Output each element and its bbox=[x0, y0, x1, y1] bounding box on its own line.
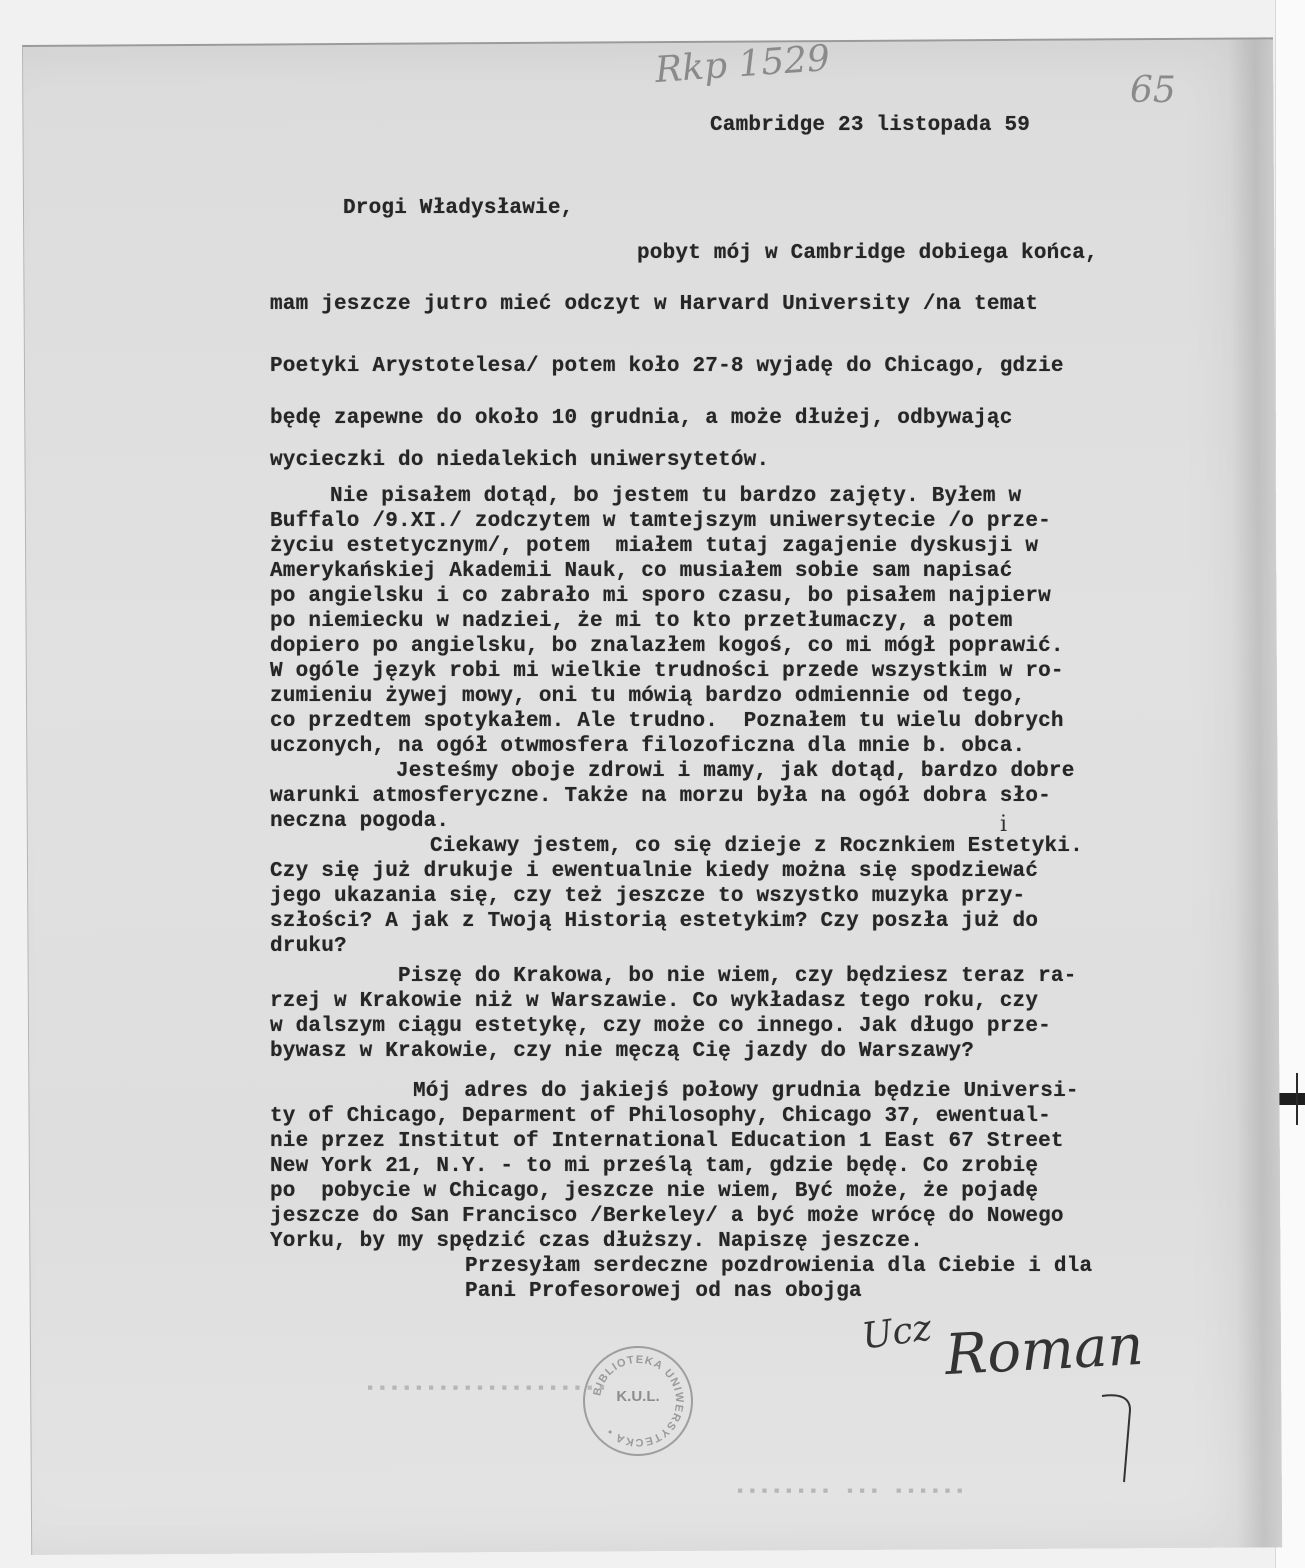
letter-line: jeszcze do San Francisco /Berkeley/ a by… bbox=[270, 1205, 1064, 1228]
handwritten-insert: i bbox=[1000, 812, 1007, 837]
letter-line: Poetyki Arystotelesa/ potem koło 27-8 wy… bbox=[270, 355, 1064, 378]
letter-line: w dalszym ciągu estetykę, czy może co in… bbox=[270, 1015, 1051, 1038]
letter-line: mam jeszcze jutro mieć odczyt w Harvard … bbox=[270, 293, 1038, 316]
letter-line: wycieczki do niedalekich uniwersytetów. bbox=[270, 449, 769, 472]
letter-line: Yorku, by my spędzić czas dłuższy. Napis… bbox=[270, 1230, 923, 1253]
letter-line: nie przez Institut of International Educ… bbox=[270, 1130, 1064, 1153]
letter-line: będę zapewne do około 10 grudnia, a może… bbox=[270, 407, 1013, 430]
signature-flourish bbox=[1100, 1390, 1140, 1490]
letter-line: dopiero po angielsku, bo znalazłem kogoś… bbox=[270, 635, 1064, 658]
letter-line: ty of Chicago, Deparment of Philosophy, … bbox=[270, 1105, 1051, 1128]
letter-line: jego ukazania się, czy też jeszcze to ws… bbox=[270, 885, 1025, 908]
letter-line: Pani Profesorowej od nas obojga bbox=[465, 1280, 862, 1303]
letter-line: po niemiecku w nadziei, że mi to kto prz… bbox=[270, 610, 1013, 633]
letter-line: bywasz w Krakowie, czy nie męczą Cię jaz… bbox=[270, 1040, 974, 1063]
letter-line: co przedtem spotykałem. Ale trudno. Pozn… bbox=[270, 710, 1064, 733]
registration-mark-icon bbox=[1276, 1085, 1305, 1113]
salutation: Drogi Władysławie, bbox=[343, 197, 573, 220]
signature: Roman bbox=[943, 1313, 1145, 1388]
letter-line: Ciekawy jestem, co się dzieje z Rocznkie… bbox=[430, 835, 1083, 858]
page-number: 65 bbox=[1130, 70, 1176, 111]
letter-line: pobyt mój w Cambridge dobiega końca, bbox=[637, 242, 1098, 265]
library-stamp: BIBLIOTEKA UNIWERSYTECKA • K.U.L. bbox=[583, 1346, 693, 1456]
letter-line: po angielsku i co zabrało mi sporo czasu… bbox=[270, 585, 1051, 608]
faint-bleed-through-2: ▪▪▪▪▪▪▪▪ ▪▪▪ ▪▪▪▪▪▪ bbox=[735, 1483, 967, 1502]
letter-line: Nie pisałem dotąd, bo jestem tu bardzo z… bbox=[330, 485, 1021, 508]
letter-line: neczna pogoda. bbox=[270, 810, 449, 833]
letter-line: Czy się już drukuje i ewentualnie kiedy … bbox=[270, 860, 1038, 883]
letter-line: Piszę do Krakowa, bo nie wiem, czy będzi… bbox=[398, 965, 1077, 988]
letter-line: New York 21, N.Y. - to mi prześlą tam, g… bbox=[270, 1155, 1038, 1178]
letter-line: Mój adres do jakiejś połowy grudnia będz… bbox=[413, 1080, 1079, 1103]
letter-line: Jesteśmy oboje zdrowi i mamy, jak dotąd,… bbox=[396, 760, 1075, 783]
letter-line: uczonych, na ogół otwmosfera filozoficzn… bbox=[270, 735, 1025, 758]
faint-bleed-through: ▪▪▪▪▪▪▪▪▪▪▪▪▪▪▪▪▪▪▪▪ bbox=[365, 1380, 609, 1399]
letter-line: Buffalo /9.XI./ zodczytem w tamtejszym u… bbox=[270, 510, 1051, 533]
letter-line: rzej w Krakowie niż w Warszawie. Co wykł… bbox=[270, 990, 1038, 1013]
letter-line: po pobycie w Chicago, jeszcze nie wiem, … bbox=[270, 1180, 1038, 1203]
letter-line: szłości? A jak z Twoją Historią estetyki… bbox=[270, 910, 1038, 933]
place-date: Cambridge 23 listopada 59 bbox=[710, 114, 1030, 137]
letter-line: W ogóle język robi mi wielkie trudności … bbox=[270, 660, 1064, 683]
letter-line: warunki atmosferyczne. Także na morzu by… bbox=[270, 785, 1051, 808]
letter-line: Przesyłam serdeczne pozdrowienia dla Cie… bbox=[465, 1255, 1092, 1278]
letter-line: druku? bbox=[270, 935, 347, 958]
letter-line: zumieniu żywej mowy, oni tu mówią bardzo… bbox=[270, 685, 1025, 708]
letter-line: życiu estetycznym/, potem miałem tutaj z… bbox=[270, 535, 1038, 558]
letter-line: Amerykańskiej Akademii Nauk, co musiałem… bbox=[270, 560, 1013, 583]
